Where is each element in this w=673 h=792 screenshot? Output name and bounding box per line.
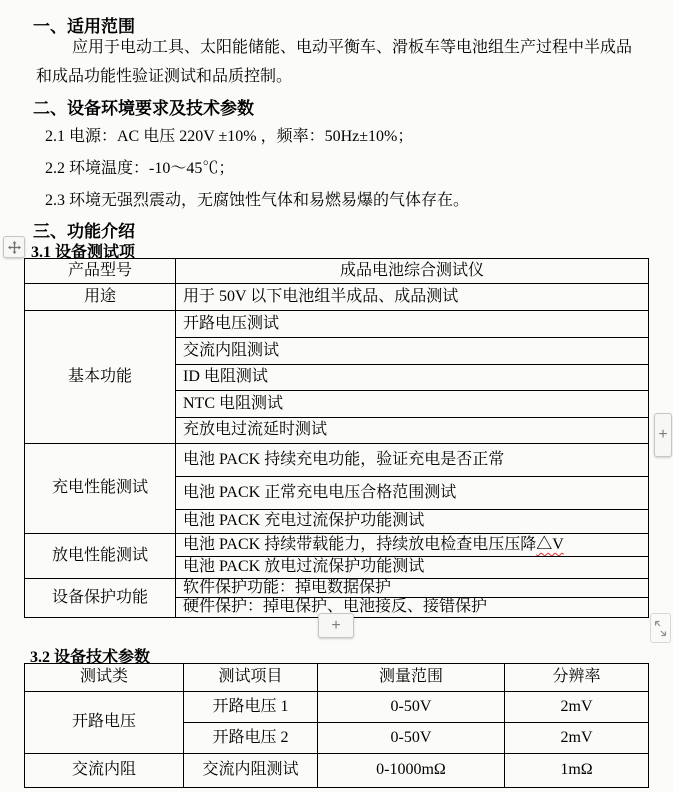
table-row: 交流内阻交流内阻测试0-1000mΩ1mΩ bbox=[25, 754, 649, 788]
table2-value-cell: 1mΩ bbox=[505, 754, 649, 788]
paragraph-scope-line2: 和成品功能性验证测试和品质控制。 bbox=[36, 63, 292, 86]
table2-value-cell: 0-50V bbox=[318, 692, 505, 723]
plus-icon: + bbox=[331, 618, 340, 634]
table1-value-cell: 电池 PACK 放电过流保护功能测试 bbox=[176, 557, 649, 579]
tech-params-table: 测试类测试项目测量范围分辨率开路电压开路电压 10-50V2mV开路电压 20-… bbox=[24, 663, 649, 788]
table1-value-cell: NTC 电阻测试 bbox=[176, 391, 649, 418]
move-icon bbox=[8, 241, 21, 254]
table1-category-cell: 基本功能 bbox=[25, 311, 176, 444]
table1-value-cell: ID 电阻测试 bbox=[176, 365, 649, 391]
table1-value-cell: 电池 PACK 充电过流保护功能测试 bbox=[176, 510, 649, 534]
table2-value-cell: 0-50V bbox=[318, 723, 505, 754]
table2-header-cell: 测试项目 bbox=[184, 664, 318, 692]
table2-value-cell: 交流内阻测试 bbox=[184, 754, 318, 788]
table-row: 产品型号成品电池综合测试仪 bbox=[25, 259, 649, 284]
env-item-temperature: 2.2 环境温度：-10～45℃； bbox=[45, 155, 234, 178]
table2-category-cell: 交流内阻 bbox=[25, 754, 184, 788]
table-row: 充电性能测试电池 PACK 持续充电功能，验证充电是否正常 bbox=[25, 444, 649, 477]
table2-header-cell: 测试类 bbox=[25, 664, 184, 692]
env-item-power: 2.1 电源：AC 电压 220V ±10% ，频率：50Hz±10%； bbox=[45, 123, 413, 146]
env-item-conditions: 2.3 环境无强烈震动，无腐蚀性气体和易燃易爆的气体存在。 bbox=[45, 187, 469, 210]
table-row: 基本功能开路电压测试 bbox=[25, 311, 649, 338]
insert-column-button[interactable]: + bbox=[654, 413, 672, 457]
table1-value-cell: 电池 PACK 持续带载能力，持续放电检查电压压降△V bbox=[176, 534, 649, 557]
table1-category-cell: 用途 bbox=[25, 284, 176, 311]
test-items-table: 产品型号成品电池综合测试仪用途用于 50V 以下电池组半成品、成品测试基本功能开… bbox=[24, 258, 649, 618]
table1-value-cell: 硬件保护：掉电保护、电池接反、接错保护 bbox=[176, 598, 649, 617]
table-row: 放电性能测试电池 PACK 持续带载能力，持续放电检查电压压降△V bbox=[25, 534, 649, 557]
table2-value-cell: 0-1000mΩ bbox=[318, 754, 505, 788]
table2-value-cell: 开路电压 1 bbox=[184, 692, 318, 723]
spellcheck-squiggle: △V bbox=[536, 536, 564, 553]
table1-value-cell: 充放电过流延时测试 bbox=[176, 418, 649, 444]
table1-category-cell: 产品型号 bbox=[25, 259, 176, 284]
table1-value-cell: 电池 PACK 正常充电电压合格范围测试 bbox=[176, 477, 649, 510]
table-row: 设备保护功能软件保护功能：掉电数据保护 bbox=[25, 579, 649, 598]
table1-value-cell: 交流内阻测试 bbox=[176, 338, 649, 365]
table-row: 开路电压开路电压 10-50V2mV bbox=[25, 692, 649, 723]
table2-category-cell: 开路电压 bbox=[25, 692, 184, 754]
table-row: 用途用于 50V 以下电池组半成品、成品测试 bbox=[25, 284, 649, 311]
table2-value-cell: 2mV bbox=[505, 692, 649, 723]
table1-category-cell: 设备保护功能 bbox=[25, 579, 176, 618]
table1-category-cell: 放电性能测试 bbox=[25, 534, 176, 579]
heading-environment: 二、设备环境要求及技术参数 bbox=[33, 94, 254, 119]
table2-value-cell: 开路电压 2 bbox=[184, 723, 318, 754]
table2-header-cell: 测量范围 bbox=[318, 664, 505, 692]
table2-header-cell: 分辨率 bbox=[505, 664, 649, 692]
table1-category-cell: 充电性能测试 bbox=[25, 444, 176, 534]
table1-value-cell: 用于 50V 以下电池组半成品、成品测试 bbox=[176, 284, 649, 311]
table1-value-cell: 软件保护功能：掉电数据保护 bbox=[176, 579, 649, 598]
table2-value-cell: 2mV bbox=[505, 723, 649, 754]
table1-value-cell: 电池 PACK 持续充电功能，验证充电是否正常 bbox=[176, 444, 649, 477]
resize-diagonal-icon bbox=[654, 620, 667, 637]
table-move-handle[interactable] bbox=[3, 236, 25, 258]
plus-icon: + bbox=[658, 427, 667, 443]
insert-row-button[interactable]: + bbox=[318, 613, 354, 638]
paragraph-scope-line1: 应用于电动工具、太阳能储能、电动平衡车、滑板车等电池组生产过程中半成品 bbox=[72, 34, 632, 57]
table1-value-cell: 开路电压测试 bbox=[176, 311, 649, 338]
table-header-row: 测试类测试项目测量范围分辨率 bbox=[25, 664, 649, 692]
table-resize-handle[interactable] bbox=[650, 613, 671, 643]
table1-value-cell: 成品电池综合测试仪 bbox=[176, 259, 649, 284]
